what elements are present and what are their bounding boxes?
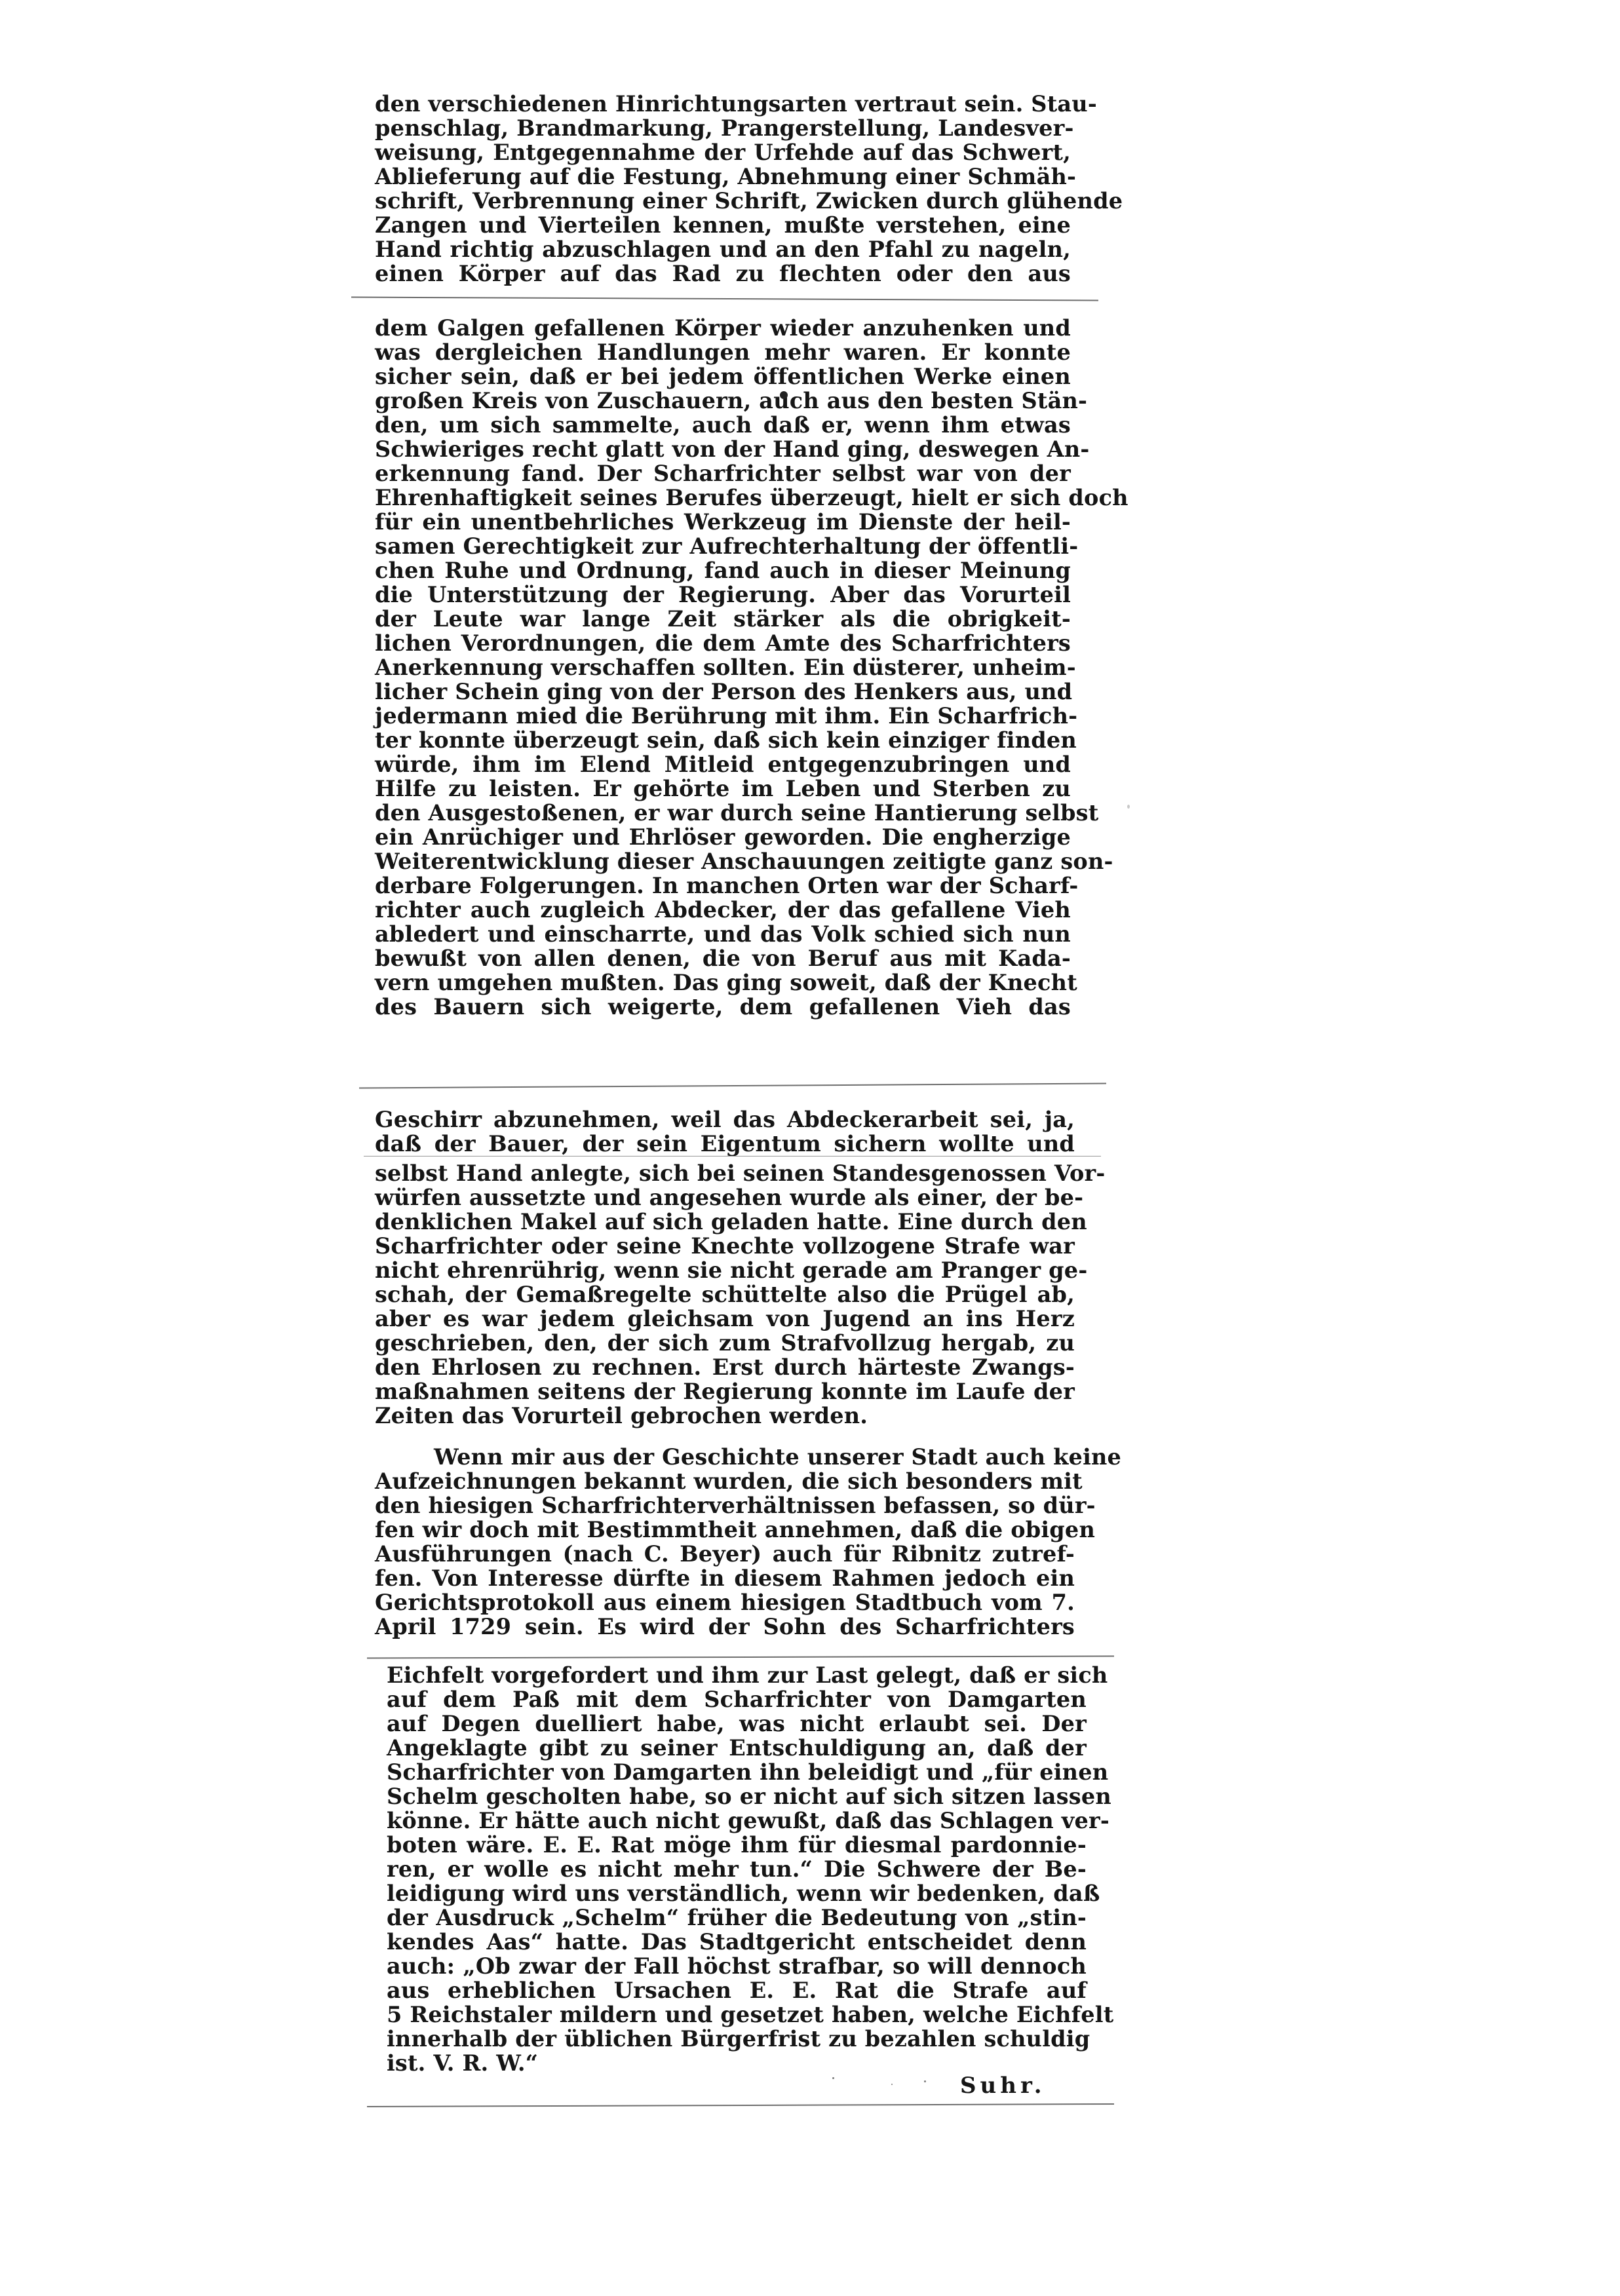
text-line: auf Degen duelliert habe, was nicht erla… bbox=[387, 1712, 1087, 1736]
text-line: des Bauern sich weigerte, dem gefallenen… bbox=[375, 995, 1071, 1019]
text-line: für ein unentbehrliches Werkzeug im Dien… bbox=[375, 510, 1071, 534]
text-line: fen. Von Interesse dürfte in diesem Rahm… bbox=[375, 1566, 1075, 1590]
text-block: selbst Hand anlegte, sich bei seinen Sta… bbox=[375, 1161, 1075, 1428]
text-line: Ausführungen (nach C. Beyer) auch für Ri… bbox=[375, 1542, 1075, 1566]
text-line: könne. Er hätte auch nicht gewußt, daß d… bbox=[387, 1808, 1087, 1833]
text-line: daß der Bauer, der sein Eigentum sichern… bbox=[375, 1132, 1075, 1156]
text-line: den Ehrlosen zu rechnen. Erst durch härt… bbox=[375, 1355, 1075, 1379]
scan-speck bbox=[1127, 805, 1130, 809]
scanned-page: den verschiedenen Hinrichtungsarten vert… bbox=[0, 0, 1620, 2296]
text-line: würde, ihm im Elend Mitleid entgegenzubr… bbox=[375, 752, 1071, 776]
cut-line bbox=[364, 1156, 1101, 1157]
text-line: Hilfe zu leisten. Er gehörte im Leben un… bbox=[375, 776, 1071, 801]
text-line: lichen Verordnungen, die dem Amte des Sc… bbox=[375, 631, 1071, 655]
text-line: den, um sich sammelte, auch daß er, wenn… bbox=[375, 413, 1071, 437]
text-line: kendes Aas“ hatte. Das Stadtgericht ents… bbox=[387, 1930, 1087, 1954]
text-line: Scharfrichter oder seine Knechte vollzog… bbox=[375, 1234, 1075, 1258]
text-line: maßnahmen seitens der Regierung konnte i… bbox=[375, 1379, 1075, 1404]
text-line: der Leute war lange Zeit stärker als die… bbox=[375, 607, 1071, 631]
scan-speck bbox=[891, 2084, 893, 2085]
text-line: geschrieben, den, der sich zum Strafvoll… bbox=[375, 1331, 1075, 1355]
text-line: den verschiedenen Hinrichtungsarten vert… bbox=[375, 92, 1071, 116]
clipping-strip-3: Geschirr abzunehmen, weil das Abdeckerar… bbox=[375, 1107, 1075, 1156]
text-line: abledert und einscharrte, und das Volk s… bbox=[375, 922, 1071, 946]
text-line: ein Anrüchiger und Ehrlöser geworden. Di… bbox=[375, 825, 1071, 849]
text-line: aus erheblichen Ursachen E. E. Rat die S… bbox=[387, 1978, 1087, 2002]
text-line: Aufzeichnungen bekannt wurden, die sich … bbox=[375, 1469, 1075, 1493]
text-line: Schelm gescholten habe, so er nicht auf … bbox=[387, 1784, 1087, 1808]
text-line: Zeiten das Vorurteil gebrochen werden. bbox=[375, 1404, 1075, 1428]
cut-line bbox=[367, 2103, 1114, 2107]
text-line: erkennung fand. Der Scharfrichter selbst… bbox=[375, 461, 1071, 486]
scan-speck bbox=[780, 391, 788, 399]
text-line: nicht ehrenrührig, wenn sie nicht gerade… bbox=[375, 1258, 1075, 1282]
cut-line bbox=[351, 297, 1098, 301]
text-line: boten wäre. E. E. Rat möge ihm für diesm… bbox=[387, 1833, 1087, 1857]
text-line: chen Ruhe und Ordnung, fand auch in dies… bbox=[375, 558, 1071, 583]
text-line: samen Gerechtigkeit zur Aufrechterhaltun… bbox=[375, 534, 1071, 558]
text-line: licher Schein ging von der Person des He… bbox=[375, 679, 1071, 704]
text-line: penschlag, Brandmarkung, Prangerstellung… bbox=[375, 116, 1071, 140]
text-block: Geschirr abzunehmen, weil das Abdeckerar… bbox=[375, 1107, 1075, 1156]
text-block: dem Galgen gefallenen Körper wieder anzu… bbox=[375, 316, 1071, 1019]
paragraph-block: Wenn mir aus der Geschichte unserer Stad… bbox=[375, 1445, 1075, 1639]
text-line: großen Kreis von Zuschauern, auch aus de… bbox=[375, 389, 1071, 413]
scan-speck bbox=[832, 2077, 834, 2079]
author-signature: Suhr. bbox=[960, 2073, 1046, 2099]
text-block: Eichfelt vorgefordert und ihm zur Last g… bbox=[387, 1663, 1087, 2075]
text-line: Angeklagte gibt zu seiner Entschuldigung… bbox=[387, 1736, 1087, 1760]
text-line: den Ausgestoßenen, er war durch seine Ha… bbox=[375, 801, 1071, 825]
text-line: fen wir doch mit Bestimmtheit annehmen, … bbox=[375, 1518, 1075, 1542]
text-line: einen Körper auf das Rad zu flechten ode… bbox=[375, 261, 1071, 286]
text-line: April 1729 sein. Es wird der Sohn des Sc… bbox=[375, 1615, 1075, 1639]
clipping-strip-2: dem Galgen gefallenen Körper wieder anzu… bbox=[375, 316, 1071, 1019]
text-line: richter auch zugleich Abdecker, der das … bbox=[375, 898, 1071, 922]
text-line: schah, der Gemaßregelte schüttelte also … bbox=[375, 1282, 1075, 1307]
text-line: Anerkennung verschaffen sollten. Ein düs… bbox=[375, 655, 1071, 679]
text-line: auf dem Paß mit dem Scharfrichter von Da… bbox=[387, 1687, 1087, 1712]
text-block: den verschiedenen Hinrichtungsarten vert… bbox=[375, 92, 1071, 286]
scan-speck bbox=[924, 2080, 926, 2082]
text-line: innerhalb der üblichen Bürgerfrist zu be… bbox=[387, 2027, 1087, 2051]
text-line: Ehrenhaftigkeit seines Berufes überzeugt… bbox=[375, 486, 1071, 510]
clipping-strip-5: Eichfelt vorgefordert und ihm zur Last g… bbox=[387, 1663, 1087, 2075]
text-line: Ablieferung auf die Festung, Abnehmung e… bbox=[375, 164, 1071, 189]
cut-line bbox=[367, 1656, 1114, 1659]
text-line: ter konnte überzeugt sein, daß sich kein… bbox=[375, 728, 1071, 752]
text-line: bewußt von allen denen, die von Beruf au… bbox=[375, 946, 1071, 970]
text-line: derbare Folgerungen. In manchen Orten wa… bbox=[375, 873, 1071, 898]
text-line: auch: „Ob zwar der Fall höchst strafbar,… bbox=[387, 1954, 1087, 1978]
text-line: jedermann mied die Berührung mit ihm. Ei… bbox=[375, 704, 1071, 728]
text-line: der Ausdruck „Schelm“ früher die Bedeutu… bbox=[387, 1905, 1087, 1930]
text-line: Eichfelt vorgefordert und ihm zur Last g… bbox=[387, 1663, 1087, 1687]
text-line: Hand richtig abzuschlagen und an den Pfa… bbox=[375, 237, 1071, 261]
cut-line bbox=[359, 1083, 1106, 1089]
text-line: Geschirr abzunehmen, weil das Abdeckerar… bbox=[375, 1107, 1075, 1132]
text-line: leidigung wird uns verständlich, wenn wi… bbox=[387, 1881, 1087, 1905]
text-line: weisung, Entgegennahme der Urfehde auf d… bbox=[375, 140, 1071, 164]
clipping-strip-4: selbst Hand anlegte, sich bei seinen Sta… bbox=[375, 1161, 1075, 1639]
text-line: dem Galgen gefallenen Körper wieder anzu… bbox=[375, 316, 1071, 340]
text-line: 5 Reichstaler mildern und gesetzet haben… bbox=[387, 2002, 1087, 2027]
text-line: schrift, Verbrennung einer Schrift, Zwic… bbox=[375, 189, 1071, 213]
text-line: selbst Hand anlegte, sich bei seinen Sta… bbox=[375, 1161, 1075, 1185]
text-line: Weiterentwicklung dieser Anschauungen ze… bbox=[375, 849, 1071, 873]
text-line: die Unterstützung der Regierung. Aber da… bbox=[375, 583, 1071, 607]
text-line: Zangen und Vierteilen kennen, mußte vers… bbox=[375, 213, 1071, 237]
text-line: aber es war jedem gleichsam von Jugend a… bbox=[375, 1307, 1075, 1331]
text-line: ren, er wolle es nicht mehr tun.“ Die Sc… bbox=[387, 1857, 1087, 1881]
text-line: denklichen Makel auf sich geladen hatte.… bbox=[375, 1210, 1075, 1234]
text-line: Schwieriges recht glatt von der Hand gin… bbox=[375, 437, 1071, 461]
text-line: würfen aussetzte und angesehen wurde als… bbox=[375, 1185, 1075, 1210]
text-line: Wenn mir aus der Geschichte unserer Stad… bbox=[375, 1445, 1075, 1469]
text-line: den hiesigen Scharfrichterverhältnissen … bbox=[375, 1493, 1075, 1518]
text-line: Scharfrichter von Damgarten ihn beleidig… bbox=[387, 1760, 1087, 1784]
text-line: vern umgehen mußten. Das ging soweit, da… bbox=[375, 970, 1071, 995]
text-line: ist. V. R. W.“ bbox=[387, 2051, 1087, 2075]
text-line: sicher sein, daß er bei jedem öffentlich… bbox=[375, 364, 1071, 389]
text-line: was dergleichen Handlungen mehr waren. E… bbox=[375, 340, 1071, 364]
text-line: Gerichtsprotokoll aus einem hiesigen Sta… bbox=[375, 1590, 1075, 1615]
clipping-strip-1: den verschiedenen Hinrichtungsarten vert… bbox=[375, 92, 1071, 286]
